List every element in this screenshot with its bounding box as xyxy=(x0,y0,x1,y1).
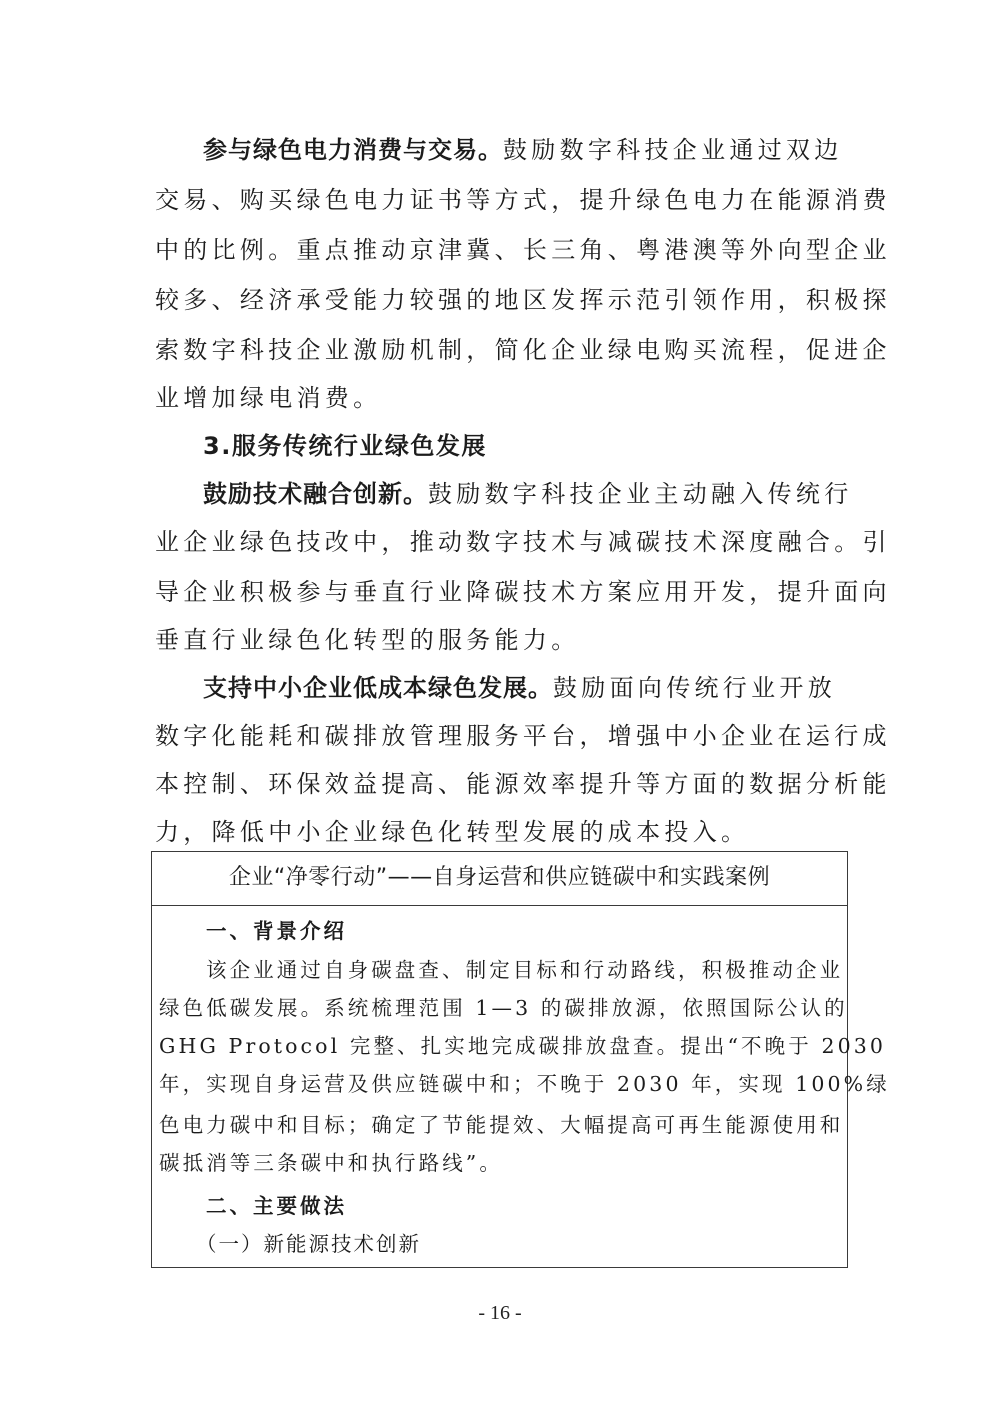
paragraph-line: 数字化能耗和碳排放管理服务平台，增强中小企业在运行成 xyxy=(155,720,847,752)
case-paragraph-line: 绿色低碳发展。系统梳理范围 1—3 的碳排放源，依照国际公认的 xyxy=(159,993,843,1023)
case-subsection-1: （一）新能源技术创新 xyxy=(196,1229,880,1259)
paragraph-line: 索数字科技企业激励机制，简化企业绿电购买流程，促进企 xyxy=(155,334,847,366)
paragraph-line: 交易、购买绿色电力证书等方式，提升绿色电力在能源消费 xyxy=(155,184,847,216)
paragraph-line: 业增加绿电消费。 xyxy=(155,382,847,414)
paragraph-green-power-line-1: 参与绿色电力消费与交易。鼓励数字科技企业通过双边 xyxy=(203,134,847,166)
case-paragraph-line: 该企业通过自身碳盘查、制定目标和行动路线，积极推动企业 xyxy=(206,955,890,985)
paragraph-lead-sme: 支持中小企业低成本绿色发展。 xyxy=(203,674,553,702)
case-paragraph-line: 碳抵消等三条碳中和执行路线”。 xyxy=(159,1148,843,1178)
paragraph-line: 中的比例。重点推动京津冀、长三角、粤港澳等外向型企业 xyxy=(155,234,847,266)
paragraph-tech-fusion-line-1: 鼓励技术融合创新。鼓励数字科技企业主动融入传统行 xyxy=(203,478,847,510)
paragraph-lead-green-power: 参与绿色电力消费与交易。 xyxy=(203,136,503,164)
case-box-title: 企业“净零行动”——自身运营和供应链碳中和实践案例 xyxy=(151,862,848,894)
case-section-2-heading: 二、主要做法 xyxy=(206,1191,890,1221)
paragraph-line: 本控制、环保效益提高、能源效率提升等方面的数据分析能 xyxy=(155,768,847,800)
paragraph-line: 垂直行业绿色化转型的服务能力。 xyxy=(155,624,847,656)
case-section-1-heading: 一、背景介绍 xyxy=(206,916,890,946)
case-box-header-divider xyxy=(151,905,848,906)
paragraph-lead-tech-fusion: 鼓励技术融合创新。 xyxy=(203,480,428,508)
case-paragraph-line: 年，实现自身运营及供应链碳中和；不晚于 2030 年，实现 100%绿 xyxy=(159,1069,843,1099)
paragraph-line: 导企业积极参与垂直行业降碳技术方案应用开发，提升面向 xyxy=(155,576,847,608)
paragraph-line: 业企业绿色技改中，推动数字技术与减碳技术深度融合。引 xyxy=(155,526,847,558)
case-paragraph-line: 色电力碳中和目标；确定了节能提效、大幅提高可再生能源使用和 xyxy=(159,1110,843,1140)
case-paragraph-line: GHG Protocol 完整、扎实地完成碳排放盘查。提出“不晚于 2030 xyxy=(159,1031,843,1061)
section-heading-3: 3.服务传统行业绿色发展 xyxy=(203,430,847,462)
page-number: - 16 - xyxy=(0,1302,1000,1325)
paragraph-line: 力，降低中小企业绿色化转型发展的成本投入。 xyxy=(155,816,847,848)
document-page: 参与绿色电力消费与交易。鼓励数字科技企业通过双边 交易、购买绿色电力证书等方式，… xyxy=(0,0,1000,1414)
paragraph-line: 较多、经济承受能力较强的地区发挥示范引领作用，积极探 xyxy=(155,284,847,316)
paragraph-sme-line-1: 支持中小企业低成本绿色发展。鼓励面向传统行业开放 xyxy=(203,672,847,704)
